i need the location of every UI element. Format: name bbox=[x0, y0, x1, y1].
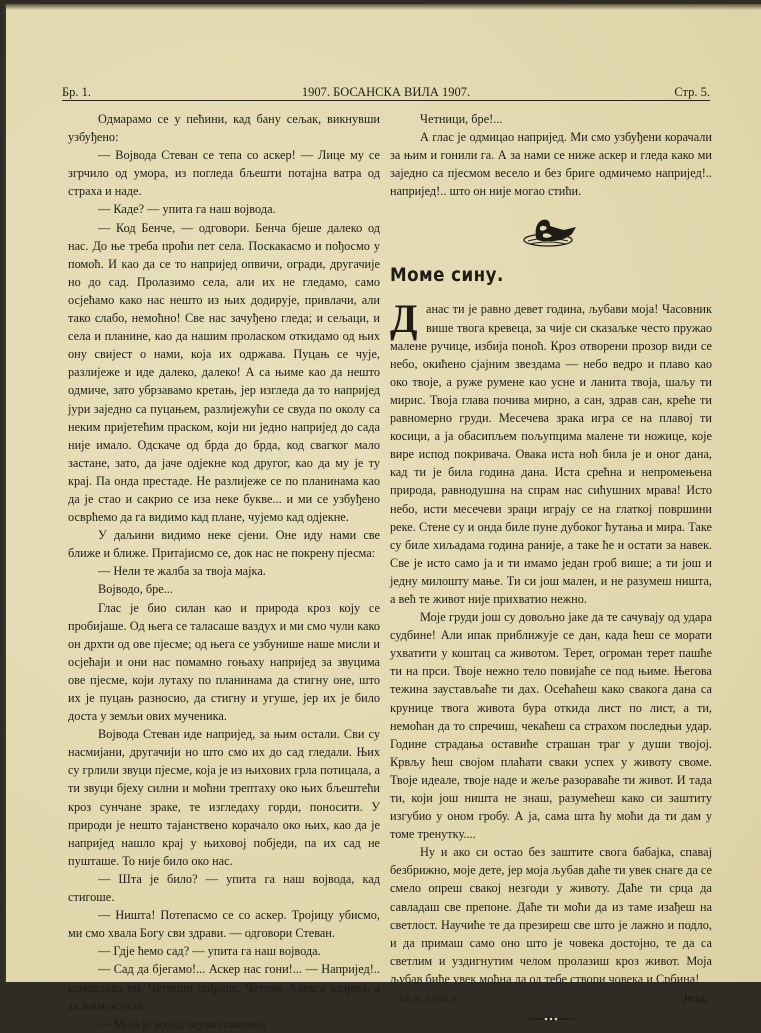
poem-title: Моме сину. bbox=[390, 262, 673, 288]
verse-line: Четници, бре!... bbox=[390, 110, 712, 128]
verse-line: Војводо, бре... bbox=[68, 580, 380, 598]
page-number: Стр. 5. bbox=[674, 84, 710, 100]
paragraph: анас ти је равно девет година, љубави мо… bbox=[390, 300, 712, 608]
drop-cap: Д bbox=[390, 302, 422, 336]
paragraph: Моје груди још су довољно јаке да те сач… bbox=[390, 608, 712, 843]
paragraph: Војвода Стеван иде напријед, за њим оста… bbox=[68, 725, 380, 870]
right-column: Четници, бре!... А глас је одмицао напри… bbox=[390, 110, 712, 982]
magazine-page: Бр. 1. 1907. БОСАНСКА ВИЛА 1907. Стр. 5.… bbox=[4, 4, 761, 982]
paragraph: Глас је био силан као и природа кроз кој… bbox=[68, 599, 380, 726]
paragraph: Ну и ако си остао без заштите свога баба… bbox=[390, 843, 712, 982]
paragraph: — Војвода Стеван се тепа со аскер! — Лиц… bbox=[68, 146, 380, 200]
masthead-title: 1907. БОСАНСКА ВИЛА 1907. bbox=[62, 84, 710, 100]
paragraph: — Сад да бјегамо!... Аскер нас гони!... … bbox=[68, 960, 380, 982]
paragraph: — Шта је било? — упита га наш војвода, к… bbox=[68, 870, 380, 906]
running-header: Бр. 1. 1907. БОСАНСКА ВИЛА 1907. Стр. 5. bbox=[62, 84, 710, 101]
paragraph: У даљини видимо неке сјени. Оне иду нами… bbox=[68, 526, 380, 562]
paragraph: — Каде? — упита га наш војвода. bbox=[68, 200, 380, 218]
verse-line: — Нели те жалба за твоја мајка. bbox=[68, 562, 380, 580]
left-column: Одмарамо се у пећини, кад бану сељак, ви… bbox=[68, 110, 380, 982]
paragraph: — Ништа! Потепасмо се со аскер. Тројицу … bbox=[68, 906, 380, 942]
paragraph: — Код Бенче, — одговори. Бенча бјеше дал… bbox=[68, 219, 380, 527]
paragraph: А глас је одмицао напријед. Ми смо узбуђ… bbox=[390, 128, 712, 200]
prose-poem: Д анас ти је равно девет година, љубави … bbox=[390, 300, 712, 982]
paragraph: — Гдје ћемо сад? — упита га наш војвода. bbox=[68, 942, 380, 960]
bird-vignette-icon bbox=[516, 210, 586, 250]
paragraph: Одмарамо се у пећини, кад бану сељак, ви… bbox=[68, 110, 380, 146]
